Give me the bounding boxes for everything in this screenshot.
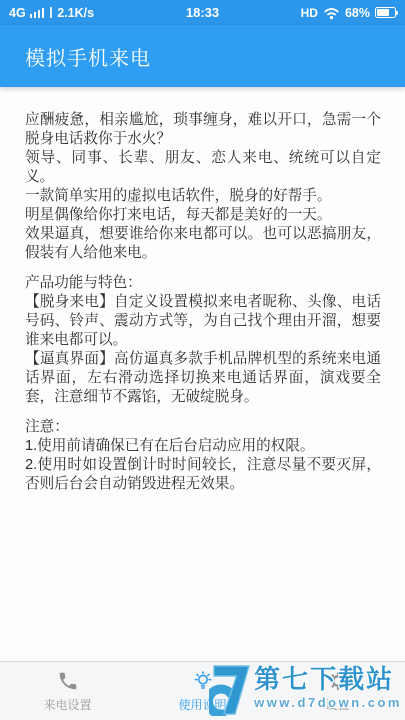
intro-section: 应酬疲惫，相亲尴尬，琐事缠身，难以开口，急需一个脱身电话救你于水火？ 领导、同事… [25,111,381,263]
tab-call-settings[interactable]: 来电设置 [0,662,135,720]
wifi-icon [323,6,340,20]
status-bar: 4G 2.1K/s 18:33 HD 68% [0,0,405,25]
tab-usage-instructions[interactable]: 使用说明 [135,662,270,720]
intro-paragraph: 领导、同事、长辈、朋友、恋人来电、统统可以自定义。 [25,149,381,187]
network-type-label: 4G [9,6,26,20]
lightbulb-icon [192,670,214,692]
phone-icon [57,670,79,692]
note-paragraph: 2.使用时如设置倒计时时间较长，注意尽量不要灭屏，否则后台会自动销毁进程无效果。 [25,456,381,494]
intro-paragraph: 明星偶像给你打来电话，每天都是美好的一天。 [25,206,381,225]
status-right: HD 68% [301,6,396,20]
tab-label: 来电设置 [43,696,91,713]
status-left: 4G 2.1K/s [9,6,94,20]
page-title: 模拟手机来电 [25,42,151,71]
sim2-signal-icon [50,7,52,18]
tab-label: 使用说明 [178,696,226,713]
app-header: 模拟手机来电 [0,25,405,87]
app-description: 应酬疲惫，相亲尴尬，琐事缠身，难以开口，急需一个脱身电话救你于水火？ 领导、同事… [0,87,405,661]
intro-paragraph: 效果逼真，想要谁给你来电都可以。也可以恶搞朋友，假装有人给他来电。 [25,225,381,263]
gear-icon [327,670,349,692]
features-section: 产品功能与特色： 【脱身来电】自定义设置模拟来电者昵称、头像、电话号码、铃声、震… [25,274,381,407]
network-speed-label: 2.1K/s [57,6,94,20]
feature-paragraph: 【逼真界面】高仿逼真多款手机品牌机型的系统来电通话界面，左右滑动选择切换来电通话… [25,350,381,407]
volte-hd-icon: HD [301,6,318,20]
battery-percent-label: 68% [345,6,370,20]
tab-settings[interactable]: 设置 [270,662,405,720]
features-title: 产品功能与特色： [25,274,381,293]
tab-label: 设置 [325,696,349,713]
battery-fill [377,9,389,16]
intro-paragraph: 应酬疲惫，相亲尴尬，琐事缠身，难以开口，急需一个脱身电话救你于水火？ [25,111,381,149]
battery-icon [375,7,396,18]
notes-title: 注意： [25,418,381,437]
phone-screen: 4G 2.1K/s 18:33 HD 68% 模拟手机来电 [0,0,405,720]
note-paragraph: 1.使用前请确保已有在后台启动应用的权限。 [25,437,381,456]
intro-paragraph: 一款简单实用的虚拟电话软件，脱身的好帮手。 [25,187,381,206]
notes-section: 注意： 1.使用前请确保已有在后台启动应用的权限。 2.使用时如设置倒计时时间较… [25,418,381,494]
feature-paragraph: 【脱身来电】自定义设置模拟来电者昵称、头像、电话号码、铃声、震动方式等，为自己找… [25,293,381,350]
clock-label: 18:33 [186,0,219,25]
signal-strength-icon [30,8,45,20]
bottom-tab-bar: 来电设置 使用说明 [0,661,405,720]
